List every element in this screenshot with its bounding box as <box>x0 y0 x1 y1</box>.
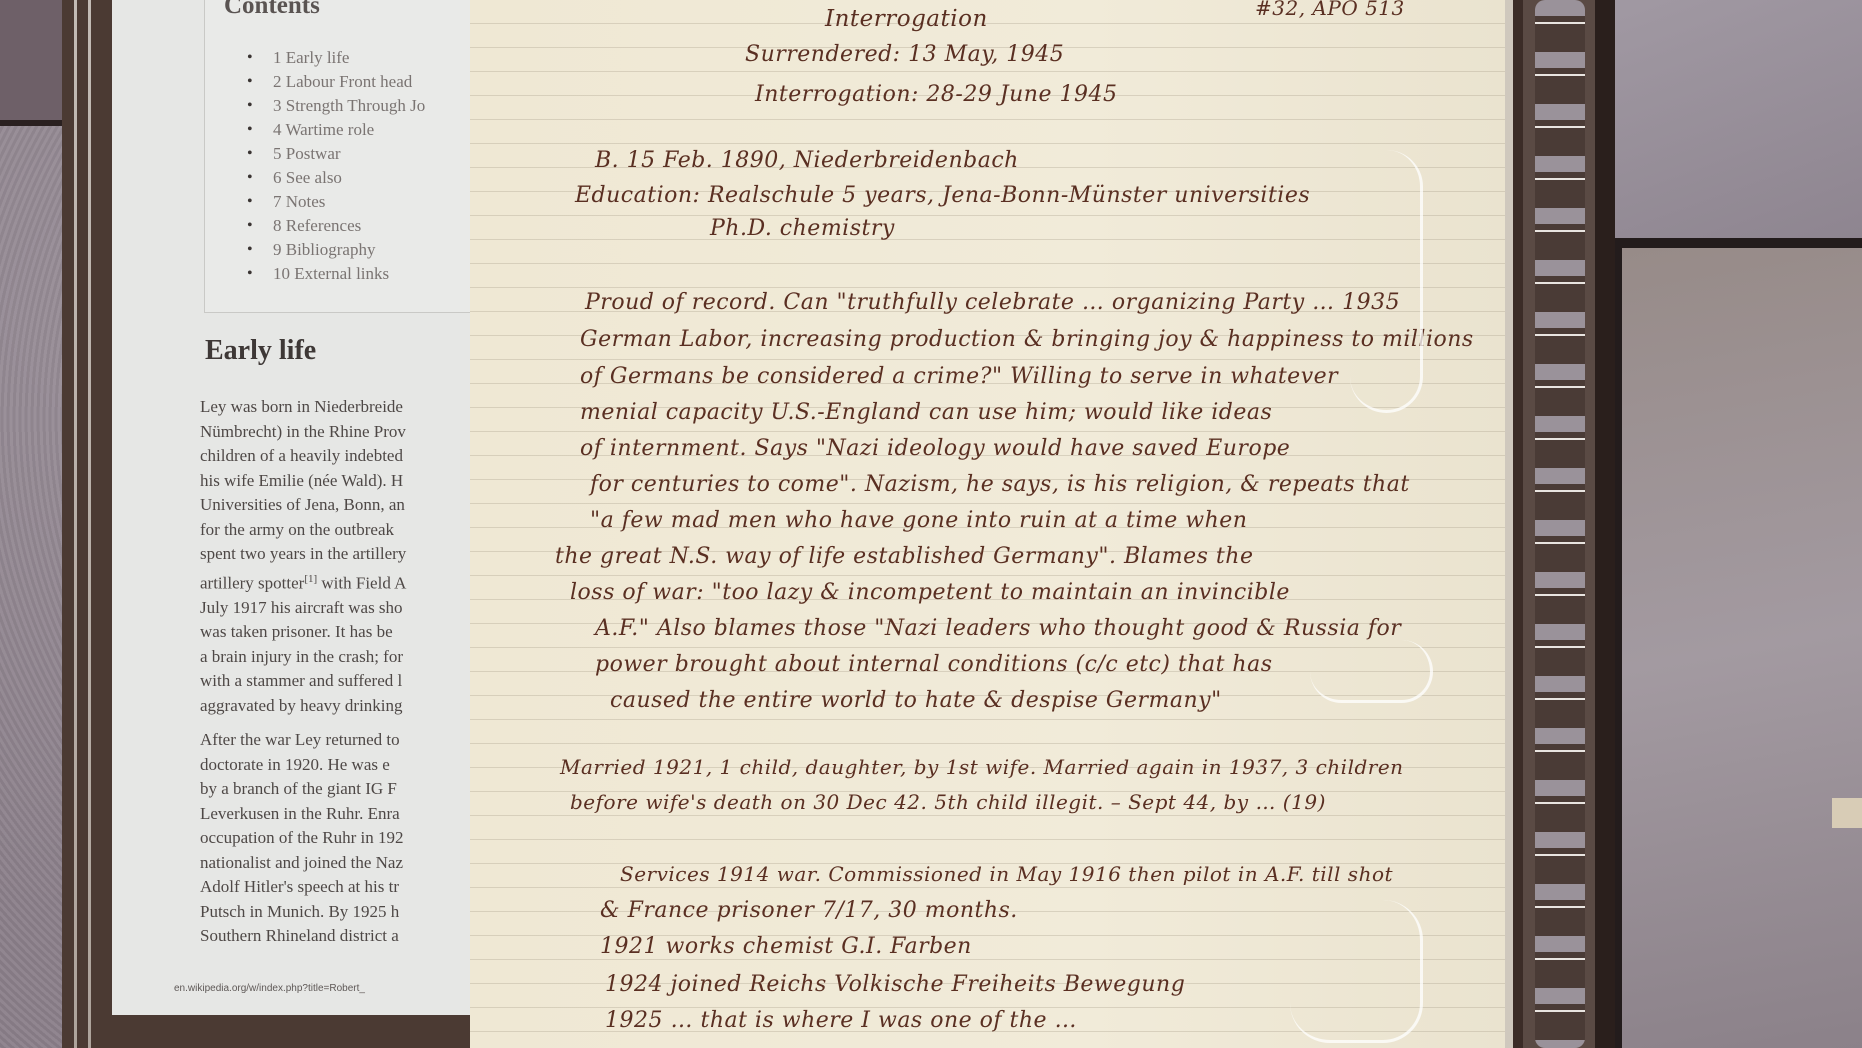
text-line: Nümbrecht) in the Rhine Prov <box>200 420 502 445</box>
printed-wikipedia-page: Contents 1 Early life 2 Labour Front hea… <box>112 0 502 1015</box>
note-line: 1925 … that is where I was one of the … <box>605 1008 1077 1033</box>
note-line: B. 15 Feb. 1890, Niederbreidenbach <box>595 148 1019 173</box>
text-line: children of a heavily indebted <box>200 444 502 469</box>
note-line: caused the entire world to hate & despis… <box>610 688 1222 713</box>
toc-item: 6 See also <box>247 166 425 190</box>
handwritten-note-paper: Interrogation #32, APO 513 Surrendered: … <box>470 0 1505 1048</box>
stone-block <box>1612 248 1862 1048</box>
paragraph-1: Ley was born in Niederbreide Nümbrecht) … <box>200 395 502 718</box>
text-line: July 1917 his aircraft was sho <box>200 596 502 621</box>
plastic-glare <box>1290 900 1423 1043</box>
toc-item: 5 Postwar <box>247 142 425 166</box>
text-line: Southern Rhineland district a <box>200 924 502 949</box>
note-reference: #32, APO 513 <box>1255 0 1405 20</box>
toc-item: 2 Labour Front head <box>247 70 425 94</box>
binder-chain-links <box>1535 0 1585 1048</box>
text-line: for the army on the outbreak <box>200 518 502 543</box>
text-line: aggravated by heavy drinking <box>200 694 502 719</box>
toc-item: 3 Strength Through Jo <box>247 94 425 118</box>
note-line: of internment. Says "Nazi ideology would… <box>580 436 1290 461</box>
text-line: doctorate in 1920. He was e <box>200 753 502 778</box>
toc-item: 10 External links <box>247 262 425 286</box>
contents-heading: Contents <box>224 0 320 20</box>
note-line: Proud of record. Can "truthfully celebra… <box>585 290 1400 315</box>
toc-item: 8 References <box>247 214 425 238</box>
note-interrogation-date: Interrogation: 28-29 June 1945 <box>755 82 1117 107</box>
note-line: 1921 works chemist G.I. Farben <box>600 934 972 959</box>
note-line: loss of war: "too lazy & incompetent to … <box>570 580 1290 605</box>
note-line: German Labor, increasing production & br… <box>580 327 1474 352</box>
plastic-glare <box>1350 150 1423 413</box>
note-line: "a few mad men who have gone into ruin a… <box>590 508 1247 533</box>
text-line: was taken prisoner. It has be <box>200 620 502 645</box>
note-line: for centuries to come". Nazism, he says,… <box>590 472 1410 497</box>
plastic-sleeve-edge <box>74 0 77 1048</box>
text-line: artillery spotter[1] with Field A <box>200 567 502 596</box>
plastic-glare <box>1310 640 1433 703</box>
text-line: with a stammer and suffered l <box>200 669 502 694</box>
toc-item: 1 Early life <box>247 46 425 70</box>
note-surrendered: Surrendered: 13 May, 1945 <box>745 42 1064 67</box>
paragraph-2: After the war Ley returned to doctorate … <box>200 728 502 949</box>
text-line: Leverkusen in the Ruhr. Enra <box>200 802 502 827</box>
text-line: a brain injury in the crash; for <box>200 645 502 670</box>
text-line: Ley was born in Niederbreide <box>200 395 502 420</box>
note-line: power brought about internal conditions … <box>595 652 1272 677</box>
section-heading-early-life: Early life <box>205 335 316 367</box>
note-line: A.F." Also blames those "Nazi leaders wh… <box>595 616 1401 641</box>
note-line: & France prisoner 7/17, 30 months. <box>600 898 1018 923</box>
text-line: by a branch of the giant IG F <box>200 777 502 802</box>
stone-block <box>1600 0 1862 248</box>
text-line: After the war Ley returned to <box>200 728 502 753</box>
note-title: Interrogation <box>825 6 988 32</box>
note-line: 1924 joined Reichs Volkische Freiheits B… <box>605 972 1185 997</box>
toc-item: 7 Notes <box>247 190 425 214</box>
note-line: of Germans be considered a crime?" Willi… <box>580 364 1338 389</box>
text-line: Universities of Jena, Bonn, an <box>200 493 502 518</box>
text-line: nationalist and joined the Naz <box>200 851 502 876</box>
text-line: occupation of the Ruhr in 192 <box>200 826 502 851</box>
text-line: his wife Emilie (née Wald). H <box>200 469 502 494</box>
note-line: before wife's death on 30 Dec 42. 5th ch… <box>570 790 1326 814</box>
note-line: Services 1914 war. Commissioned in May 1… <box>620 862 1393 886</box>
plastic-sleeve-edge <box>88 0 91 1048</box>
stone-chip <box>1832 798 1862 828</box>
toc-item: 4 Wartime role <box>247 118 425 142</box>
note-line: Married 1921, 1 child, daughter, by 1st … <box>560 755 1404 779</box>
toc-item: 9 Bibliography <box>247 238 425 262</box>
text-line: spent two years in the artillery <box>200 542 502 567</box>
text-line: Adolf Hitler's speech at his tr <box>200 875 502 900</box>
note-line: Education: Realschule 5 years, Jena-Bonn… <box>575 183 1310 208</box>
note-line: the great N.S. way of life established G… <box>555 544 1253 569</box>
toc-list: 1 Early life 2 Labour Front head 3 Stren… <box>247 46 425 286</box>
footnote-link[interactable]: [1] <box>304 573 317 585</box>
note-line: menial capacity U.S.-England can use him… <box>580 400 1272 425</box>
stone-block <box>0 0 70 126</box>
note-line: Ph.D. chemistry <box>710 216 895 241</box>
page-footer-url: en.wikipedia.org/w/index.php?title=Rober… <box>174 983 365 994</box>
text-span: with Field A <box>317 573 406 592</box>
text-span: artillery spotter <box>200 573 304 592</box>
text-line: Putsch in Munich. By 1925 h <box>200 900 502 925</box>
